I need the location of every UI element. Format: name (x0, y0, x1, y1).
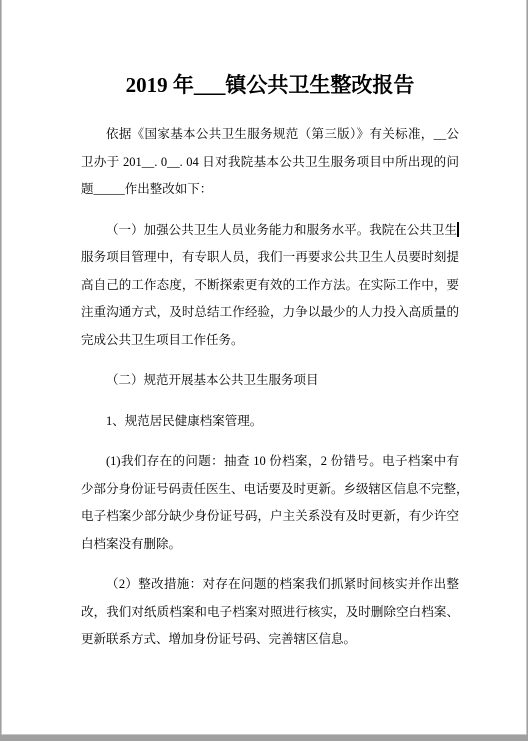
document-line[interactable]: 完成公共卫生项目工作任务。 (81, 327, 459, 355)
line-text: 依据《国家基本公共卫生服务规范（第三版）》有关标准，__公 (106, 127, 459, 141)
line-text: 少部分身份证号码责任医生、电话要及时更新。乡级辖区信息不完整， (81, 482, 469, 496)
line-text: (1)我们存在的问题：抽查 10 份档案，2 份错号。电子档案中有 (106, 454, 459, 468)
document-line[interactable]: 改，我们对纸质档案和电子档案对照进行核实，及时删除空白档案、 (81, 599, 459, 627)
line-text: （2）整改措施：对存在问题的档案我们抓紧时间核实并作出整 (106, 577, 459, 591)
document-line[interactable]: （一）加强公共卫生人员业务能力和服务水平。我院在公共卫生 (81, 217, 459, 245)
paragraph-section-1: （一）加强公共卫生人员业务能力和服务水平。我院在公共卫生 服务项目管理中，有专职… (81, 217, 459, 355)
line-text: 电子档案少部分缺少身份证号码，户主关系没有及时更新，有少许空 (81, 509, 459, 523)
paragraph-measures: （2）整改措施：对存在问题的档案我们抓紧时间核实并作出整 改，我们对纸质档案和电… (81, 571, 459, 654)
line-text: 完成公共卫生项目工作任务。 (81, 333, 244, 347)
document-line[interactable]: 注重沟通方式，及时总结工作经验，力争以最少的人力投入高质量的 (81, 299, 459, 327)
page[interactable]: 2019 年___镇公共卫生整改报告 依据《国家基本公共卫生服务规范（第三版）》… (1, 0, 527, 735)
paragraph-problems: (1)我们存在的问题：抽查 10 份档案，2 份错号。电子档案中有 少部分身份证… (81, 448, 459, 558)
document-line[interactable]: 卫办于 201__. 0__. 04 日对我院基本公共卫生服务项目中所出现的问 (81, 149, 459, 177)
paragraph-section-2-heading: （二）规范开展基本公共卫生服务项目 (81, 367, 459, 395)
line-text: 卫办于 201__. 0__. 04 日对我院基本公共卫生服务项目中所出现的问 (81, 155, 459, 169)
document-line[interactable]: 服务项目管理中，有专职人员，我们一再要求公共卫生人员要时刻提 (81, 244, 459, 272)
document-content: 2019 年___镇公共卫生整改报告 依据《国家基本公共卫生服务规范（第三版）》… (2, 70, 526, 654)
line-text: （二）规范开展基本公共卫生服务项目 (106, 373, 319, 387)
document-line[interactable]: 依据《国家基本公共卫生服务规范（第三版）》有关标准，__公 (81, 121, 459, 149)
document-line[interactable]: 更新联系方式、增加身份证号码、完善辖区信息。 (81, 626, 459, 654)
document-line[interactable]: 电子档案少部分缺少身份证号码，户主关系没有及时更新，有少许空 (81, 503, 459, 531)
document-line[interactable]: 高自己的工作态度，不断探索更有效的工作方法。在实际工作中，要 (81, 272, 459, 300)
document-line[interactable]: 白档案没有删除。 (81, 531, 459, 559)
document-line[interactable]: （2）整改措施：对存在问题的档案我们抓紧时间核实并作出整 (81, 571, 459, 599)
document-line[interactable]: 题_____作出整改如下： (81, 176, 459, 204)
document-title[interactable]: 2019 年___镇公共卫生整改报告 (81, 70, 459, 100)
line-text: 改，我们对纸质档案和电子档案对照进行核实，及时删除空白档案、 (81, 605, 459, 619)
line-text: 高自己的工作态度，不断探索更有效的工作方法。在实际工作中，要 (81, 278, 459, 292)
line-text: 注重沟通方式，及时总结工作经验，力争以最少的人力投入高质量的 (81, 305, 459, 319)
document-line[interactable]: (1)我们存在的问题：抽查 10 份档案，2 份错号。电子档案中有 (81, 448, 459, 476)
document-line[interactable]: 少部分身份证号码责任医生、电话要及时更新。乡级辖区信息不完整， (81, 476, 459, 504)
paragraph-item-1-heading: 1、规范居民健康档案管理。 (81, 408, 459, 436)
line-text: 1、规范居民健康档案管理。 (106, 414, 262, 428)
document-line[interactable]: 1、规范居民健康档案管理。 (81, 408, 459, 436)
text-cursor-icon (457, 222, 459, 237)
line-text: （一）加强公共卫生人员业务能力和服务水平。我院在公共卫生 (106, 223, 457, 237)
paragraph-intro: 依据《国家基本公共卫生服务规范（第三版）》有关标准，__公 卫办于 201__.… (81, 121, 459, 204)
line-text: 更新联系方式、增加身份证号码、完善辖区信息。 (81, 632, 356, 646)
line-text: 白档案没有删除。 (81, 537, 181, 551)
line-text: 服务项目管理中，有专职人员，我们一再要求公共卫生人员要时刻提 (81, 250, 459, 264)
document-line[interactable]: （二）规范开展基本公共卫生服务项目 (81, 367, 459, 395)
line-text: 题_____作出整改如下： (81, 182, 212, 196)
